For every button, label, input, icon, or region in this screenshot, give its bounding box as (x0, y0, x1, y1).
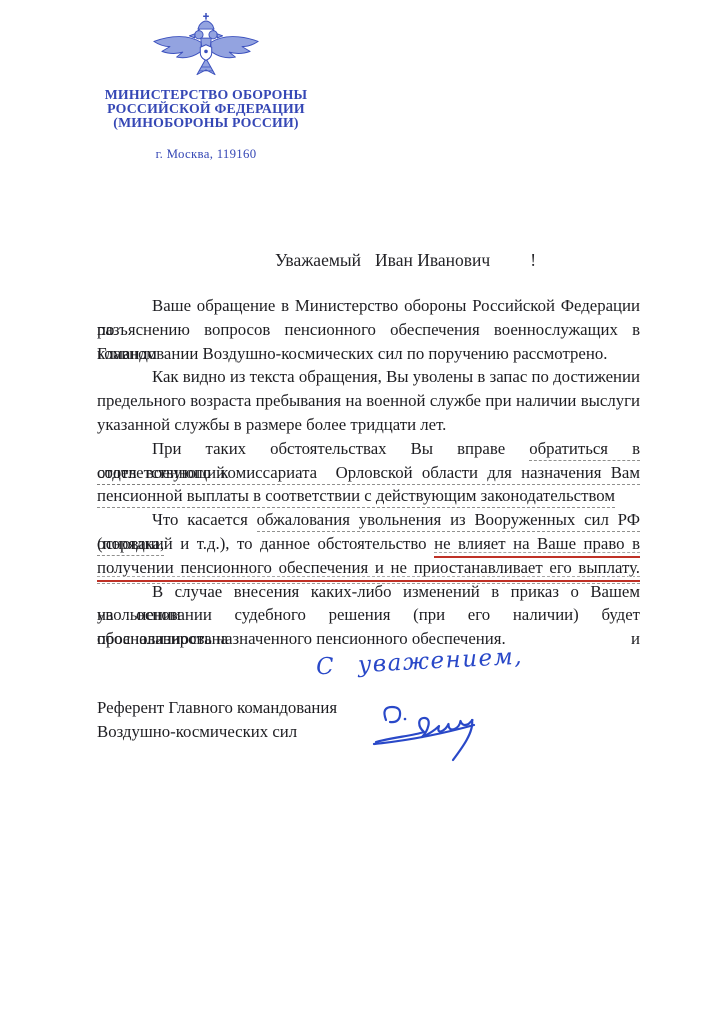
salutation: УважаемыйИван Иванович! (97, 250, 640, 271)
salutation-punctuation: ! (530, 250, 536, 270)
letterhead: МИНИСТЕРСТВО ОБОРОНЫ РОССИЙСКОЙ ФЕДЕРАЦИ… (84, 12, 328, 162)
text-segment: При таких обстоятельствах Вы вправе (152, 439, 529, 458)
letter-line: разъяснению вопросов пенсионного обеспеч… (97, 318, 640, 342)
pencil-underlined-text: пенсионной выплаты в соответствии с дейс… (97, 486, 615, 508)
text-segment: оснований и т.д.), то данное обстоятельс… (97, 534, 434, 553)
org-name-line: (МИНОБОРОНЫ РОССИИ) (84, 116, 328, 130)
salutation-name: Иван Иванович (375, 250, 490, 270)
org-address: г. Москва, 119160 (84, 147, 328, 162)
red-underlined-text: не влияет на Ваше право в (434, 534, 640, 558)
org-name-line: МИНИСТЕРСТВО ОБОРОНЫ (84, 88, 328, 102)
text-segment: предельного возраста пребывания на военн… (97, 391, 640, 410)
text-segment: Как видно из текста обращения, Вы уволен… (152, 367, 640, 386)
signoff-title-line: Референт Главного командования (97, 696, 337, 720)
letter-line: получении пенсионного обеспечения и не п… (97, 556, 640, 580)
letter-line: Как видно из текста обращения, Вы уволен… (97, 365, 640, 389)
letter-line: Ваше обращение в Министерство обороны Ро… (97, 294, 640, 318)
letter-line: отдел военного комиссариата Орловской об… (97, 461, 640, 485)
letter-line: оснований и т.д.), то данное обстоятельс… (97, 532, 640, 556)
text-segment: указанной службы в размере более тридцат… (97, 415, 446, 434)
org-name-line: РОССИЙСКОЙ ФЕДЕРАЦИИ (84, 102, 328, 116)
text-segment: обоснованность назначенного пенсионного … (97, 629, 506, 648)
signoff-title: Референт Главного командования Воздушно-… (97, 696, 337, 743)
text-segment: Что касается (152, 510, 257, 529)
letter-line: на основании судебного решения (при его … (97, 603, 640, 627)
letter-line: указанной службы в размере более тридцат… (97, 413, 640, 437)
letter-line: командовании Воздушно-космических сил по… (97, 342, 640, 366)
letter-line: При таких обстоятельствах Вы вправе обра… (97, 437, 640, 461)
letter-line: Что касается обжалования увольнения из В… (97, 508, 640, 532)
letter-line: предельного возраста пребывания на военн… (97, 389, 640, 413)
red-underlined-text: получении пенсионного обеспечения и не п… (97, 558, 640, 582)
pencil-underlined-text: отдел военного комиссариата Орловской об… (97, 463, 640, 485)
salutation-prefix: Уважаемый (275, 250, 361, 270)
signature-block (372, 694, 496, 771)
text-segment: командовании Воздушно-космических сил по… (97, 344, 607, 363)
letter-body: Ваше обращение в Министерство обороны Ро… (97, 294, 640, 651)
scanned-letter-page: МИНИСТЕРСТВО ОБОРОНЫ РОССИЙСКОЙ ФЕДЕРАЦИ… (0, 0, 724, 1024)
handwritten-signature-icon (372, 694, 496, 766)
signoff-title-line: Воздушно-космических сил (97, 720, 337, 744)
letter-line: пенсионной выплаты в соответствии с дейс… (97, 484, 640, 508)
mod-emblem-icon (148, 12, 264, 86)
